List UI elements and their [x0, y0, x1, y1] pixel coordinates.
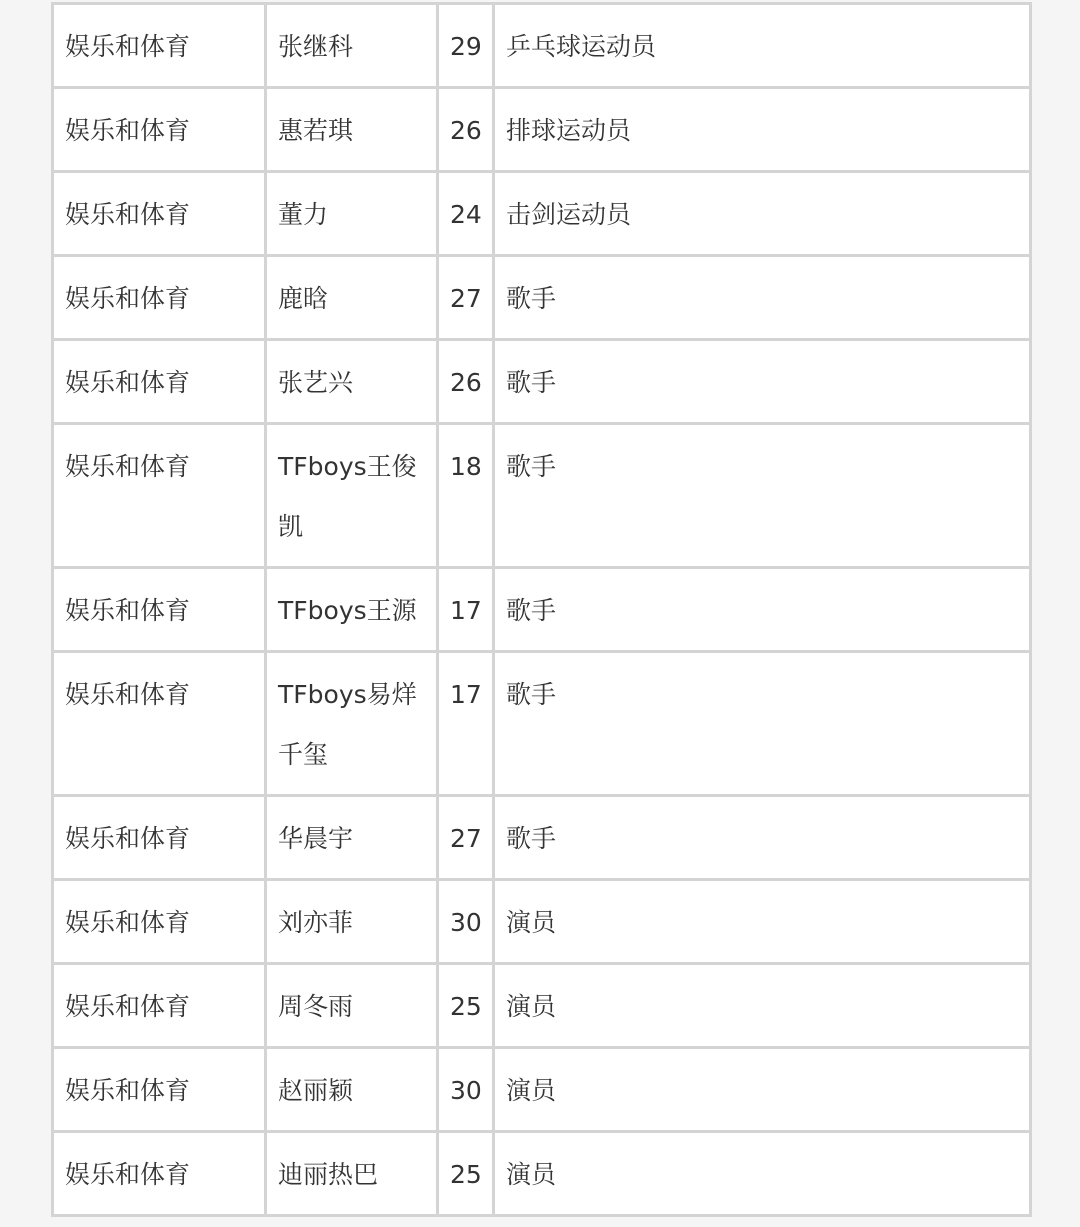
category-cell: 娱乐和体育	[53, 88, 266, 172]
name-cell: 刘亦菲	[266, 880, 438, 964]
name-cell: 惠若琪	[266, 88, 438, 172]
name-cell: 周冬雨	[266, 964, 438, 1048]
category-cell: 娱乐和体育	[53, 880, 266, 964]
name-cell: 华晨宇	[266, 796, 438, 880]
category-cell: 娱乐和体育	[53, 964, 266, 1048]
age-cell: 17	[438, 652, 494, 796]
category-cell: 娱乐和体育	[53, 652, 266, 796]
age-cell: 25	[438, 1132, 494, 1216]
table-row: 娱乐和体育 华晨宇 27 歌手	[53, 796, 1031, 880]
name-cell: 董力	[266, 172, 438, 256]
table-row: 娱乐和体育 迪丽热巴 25 演员	[53, 1132, 1031, 1216]
table-row: 娱乐和体育 张继科 29 乒乓球运动员	[53, 4, 1031, 88]
age-cell: 17	[438, 568, 494, 652]
age-cell: 24	[438, 172, 494, 256]
occupation-cell: 歌手	[494, 652, 1031, 796]
category-cell: 娱乐和体育	[53, 4, 266, 88]
name-cell: 赵丽颖	[266, 1048, 438, 1132]
age-cell: 27	[438, 256, 494, 340]
table-row: 娱乐和体育 张艺兴 26 歌手	[53, 340, 1031, 424]
occupation-cell: 歌手	[494, 424, 1031, 568]
category-cell: 娱乐和体育	[53, 796, 266, 880]
table-row: 娱乐和体育 惠若琪 26 排球运动员	[53, 88, 1031, 172]
table-row: 娱乐和体育 董力 24 击剑运动员	[53, 172, 1031, 256]
table-row: 娱乐和体育 赵丽颖 30 演员	[53, 1048, 1031, 1132]
age-cell: 29	[438, 4, 494, 88]
category-cell: 娱乐和体育	[53, 1132, 266, 1216]
age-cell: 27	[438, 796, 494, 880]
table-row: 娱乐和体育 周冬雨 25 演员	[53, 964, 1031, 1048]
name-cell: TFboys王俊凯	[266, 424, 438, 568]
age-cell: 25	[438, 964, 494, 1048]
table-row: 娱乐和体育 TFboys易烊千玺 17 歌手	[53, 652, 1031, 796]
occupation-cell: 歌手	[494, 256, 1031, 340]
age-cell: 18	[438, 424, 494, 568]
table-row: 娱乐和体育 刘亦菲 30 演员	[53, 880, 1031, 964]
name-cell: TFboys王源	[266, 568, 438, 652]
age-cell: 26	[438, 88, 494, 172]
occupation-cell: 演员	[494, 1132, 1031, 1216]
age-cell: 30	[438, 880, 494, 964]
category-cell: 娱乐和体育	[53, 340, 266, 424]
occupation-cell: 歌手	[494, 796, 1031, 880]
occupation-cell: 歌手	[494, 340, 1031, 424]
category-cell: 娱乐和体育	[53, 1048, 266, 1132]
category-cell: 娱乐和体育	[53, 256, 266, 340]
name-cell: 张艺兴	[266, 340, 438, 424]
name-cell: TFboys易烊千玺	[266, 652, 438, 796]
page: 娱乐和体育 张继科 29 乒乓球运动员 娱乐和体育 惠若琪 26 排球运动员 娱…	[0, 0, 1080, 1227]
occupation-cell: 击剑运动员	[494, 172, 1031, 256]
age-cell: 30	[438, 1048, 494, 1132]
table-row: 娱乐和体育 TFboys王源 17 歌手	[53, 568, 1031, 652]
category-cell: 娱乐和体育	[53, 172, 266, 256]
category-cell: 娱乐和体育	[53, 568, 266, 652]
category-cell: 娱乐和体育	[53, 424, 266, 568]
table-row: 娱乐和体育 鹿晗 27 歌手	[53, 256, 1031, 340]
occupation-cell: 乒乓球运动员	[494, 4, 1031, 88]
occupation-cell: 演员	[494, 1048, 1031, 1132]
table-row: 娱乐和体育 TFboys王俊凯 18 歌手	[53, 424, 1031, 568]
occupation-cell: 演员	[494, 964, 1031, 1048]
age-cell: 26	[438, 340, 494, 424]
name-cell: 张继科	[266, 4, 438, 88]
name-cell: 迪丽热巴	[266, 1132, 438, 1216]
name-cell: 鹿晗	[266, 256, 438, 340]
occupation-cell: 歌手	[494, 568, 1031, 652]
occupation-cell: 排球运动员	[494, 88, 1031, 172]
occupation-cell: 演员	[494, 880, 1031, 964]
data-table: 娱乐和体育 张继科 29 乒乓球运动员 娱乐和体育 惠若琪 26 排球运动员 娱…	[51, 2, 1032, 1217]
